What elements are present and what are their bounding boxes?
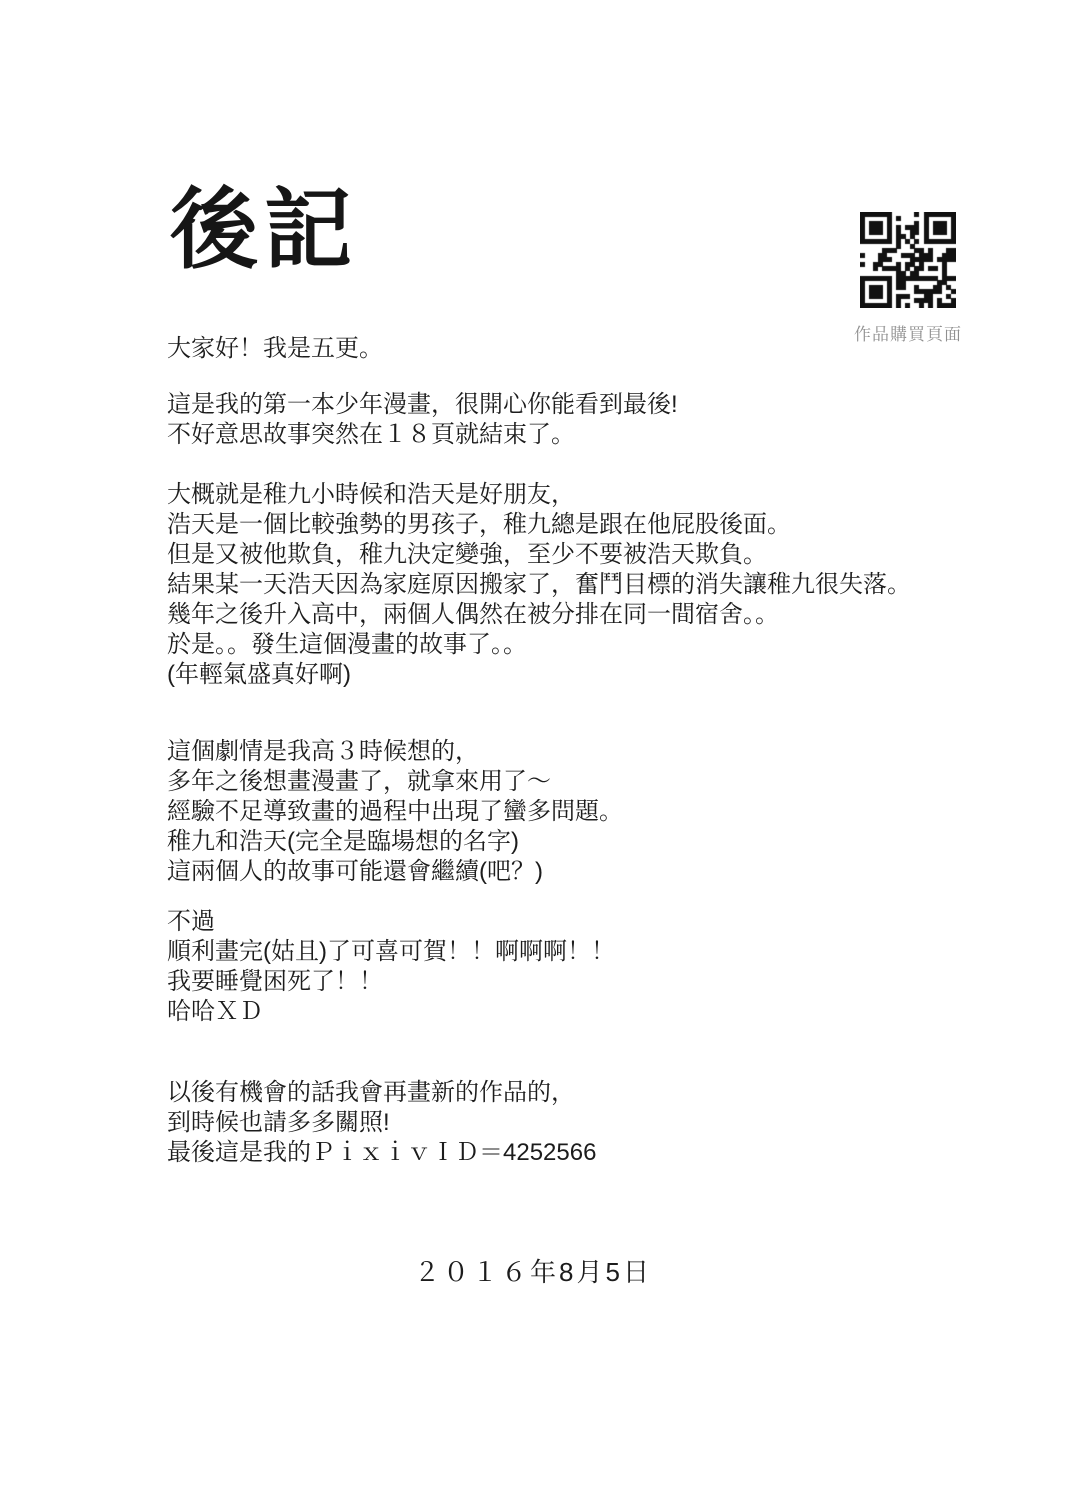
text-line: 不過 (167, 907, 911, 937)
text-line: 哈哈ＸＤ (167, 997, 911, 1027)
text-line: 於是。。發生這個漫畫的故事了。。 (167, 630, 911, 660)
text-line: 稚九和浩天(完全是臨場想的名字) (167, 827, 911, 857)
text-line: 多年之後想畫漫畫了，就拿來用了～ (167, 767, 911, 797)
text-line: 順利畫完(姑且)了可喜可賀！！啊啊啊！！ (167, 937, 911, 967)
paragraph-greeting: 大家好！我是五更。 (167, 334, 911, 364)
text-line: 這是我的第一本少年漫畫，很開心你能看到最後! (167, 390, 911, 420)
text-line: 大家好！我是五更。 (167, 334, 911, 364)
paragraph-farewell: 以後有機會的話我會再畫新的作品的， 到時候也請多多關照! 最後這是我的Ｐｉｘｉｖ… (167, 1078, 911, 1168)
text-line: 我要睡覺困死了！！ (167, 967, 911, 997)
afterword-body: 大家好！我是五更。 這是我的第一本少年漫畫，很開心你能看到最後! 不好意思故事突… (167, 334, 911, 1168)
qr-code-icon (860, 212, 956, 308)
text-line: 浩天是一個比較強勢的男孩子，稚九總是跟在他屁股後面。 (167, 510, 911, 540)
text-line: 這個劇情是我高３時候想的， (167, 737, 911, 767)
text-line: 不好意思故事突然在１８頁就結束了。 (167, 420, 911, 450)
text-line: (年輕氣盛真好啊) (167, 660, 911, 690)
text-line: 結果某一天浩天因為家庭原因搬家了，奮鬥目標的消失讓稚九很失落。 (167, 570, 911, 600)
text-line: 幾年之後升入高中，兩個人偶然在被分排在同一間宿舍。。 (167, 600, 911, 630)
paragraph-celebration: 不過 順利畫完(姑且)了可喜可賀！！啊啊啊！！ 我要睡覺困死了！！ 哈哈ＸＤ (167, 907, 911, 1027)
paragraph-background: 這個劇情是我高３時候想的， 多年之後想畫漫畫了，就拿來用了～ 經驗不足導致畫的過… (167, 737, 911, 887)
paragraph-intro: 這是我的第一本少年漫畫，很開心你能看到最後! 不好意思故事突然在１８頁就結束了。 (167, 390, 911, 450)
text-line: 以後有機會的話我會再畫新的作品的， (167, 1078, 911, 1108)
text-line: 這兩個人的故事可能還會繼續(吧？) (167, 857, 911, 887)
text-line: 到時候也請多多關照! (167, 1108, 911, 1138)
page-title: 後記 (170, 186, 358, 278)
paragraph-story-summary: 大概就是稚九小時候和浩天是好朋友， 浩天是一個比較強勢的男孩子，稚九總是跟在他屁… (167, 480, 911, 690)
publication-date: ２０１６年8月5日 (0, 1252, 1066, 1289)
qr-block: 作品購買頁面 (854, 212, 962, 345)
text-line: 但是又被他欺負，稚九決定變強，至少不要被浩天欺負。 (167, 540, 911, 570)
text-line: 經驗不足導致畫的過程中出現了蠻多問題。 (167, 797, 911, 827)
afterword-page: { "title": "後記", "qr": { "caption": "作品購… (0, 0, 1066, 1491)
text-line: 大概就是稚九小時候和浩天是好朋友， (167, 480, 911, 510)
text-line: 最後這是我的ＰｉｘｉｖＩＤ＝4252566 (167, 1138, 911, 1168)
